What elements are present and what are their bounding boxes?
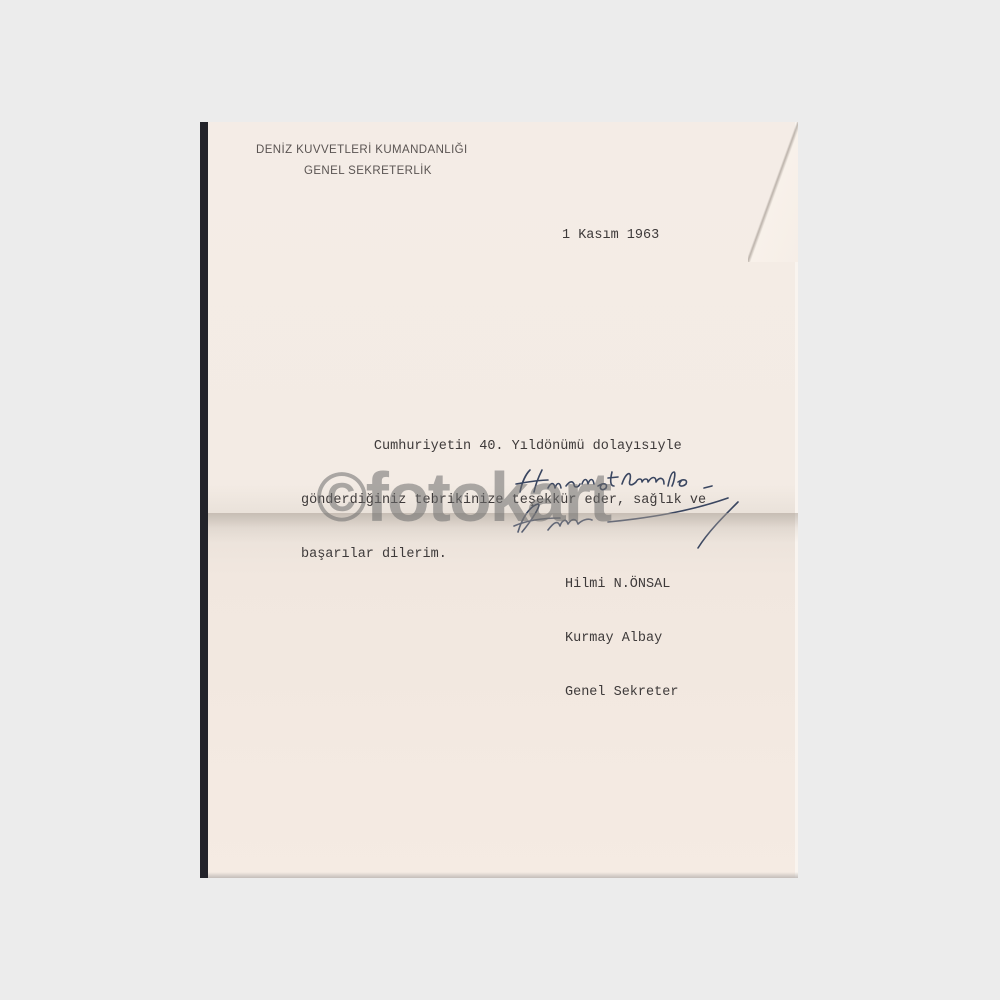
document-viewer: DENİZ KUVVETLERİ KUMANDANLIĞI GENEL SEKR… [0,0,1000,1000]
handwritten-closing-and-signature [508,462,768,552]
signatory-name: Hilmi N.ÖNSAL [565,576,678,594]
corner-fold [748,122,798,262]
signature-block: Hilmi N.ÖNSAL Kurmay Albay Genel Sekrete… [565,540,678,738]
signatory-rank: Kurmay Albay [565,630,678,648]
letterhead-organization: DENİZ KUVVETLERİ KUMANDANLIĞI [256,144,468,156]
paper-bottom-edge [208,872,798,878]
letter-page: DENİZ KUVVETLERİ KUMANDANLIĞI GENEL SEKR… [208,122,798,878]
signatory-title: Genel Sekreter [565,684,678,702]
letterhead: DENİZ KUVVETLERİ KUMANDANLIĞI GENEL SEKR… [256,144,468,177]
letterhead-department: GENEL SEKRETERLİK [304,165,468,177]
body-line-1: Cumhuriyetin 40. Yıldönümü dolayısıyle [301,438,706,456]
letter-date: 1 Kasım 1963 [562,228,659,243]
